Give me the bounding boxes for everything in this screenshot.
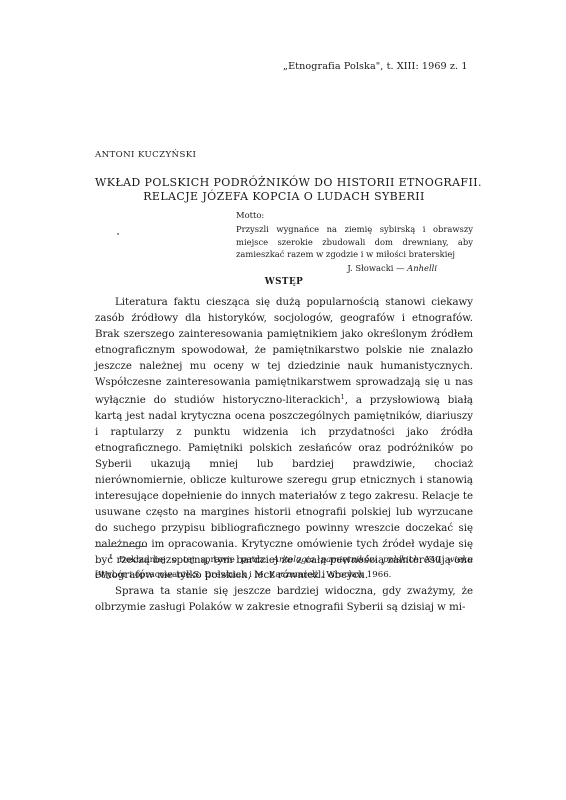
footnotes: 1 Dokładniej o tej sprawie patrz: Antolo… <box>95 551 473 583</box>
motto-block: Motto: Przyszli wygnańce na ziemię sybir… <box>236 209 473 274</box>
paragraph-1: Literatura faktu ciesząca się dużą popul… <box>95 295 473 584</box>
motto-attribution: J. Słowacki — Anhelli <box>236 262 473 274</box>
paragraph-1-part-a: Literatura faktu ciesząca się dużą popul… <box>95 297 473 406</box>
footnote-1: 1 Dokładniej o tej sprawie patrz: Antolo… <box>95 551 473 583</box>
title-line-1: WKŁAD POLSKICH PODRÓŻNIKÓW DO HISTORII E… <box>95 176 473 190</box>
scan-speck <box>117 233 119 235</box>
journal-reference: „Etnografia Polska", t. XIII: 1969 z. 1 <box>283 61 468 72</box>
paragraph-2: Sprawa ta stanie się jeszcze bardziej wi… <box>95 584 473 616</box>
motto-text: Przyszli wygnańce na ziemię sybirską i o… <box>236 223 473 260</box>
motto-label: Motto: <box>236 209 473 221</box>
motto-author: J. Słowacki — <box>347 263 407 273</box>
footnote-rule <box>95 546 147 547</box>
section-heading: WSTĘP <box>95 277 473 287</box>
article-title: WKŁAD POLSKICH PODRÓŻNIKÓW DO HISTORII E… <box>95 176 473 204</box>
author-name: ANTONI KUCZYŃSKI <box>95 150 196 160</box>
footnote-cited-title: Antologia pamiętników polskich XVI wieku <box>273 555 473 565</box>
motto-work: Anhelli <box>407 263 437 273</box>
footnote-text-after: [Wybór i opracowanie S. Drewniak i M. Ka… <box>95 570 391 580</box>
footnote-text-before: Dokładniej o tej sprawie patrz: <box>113 555 273 565</box>
title-line-2: RELACJE JÓZEFA KOPCIA O LUDACH SYBERII <box>95 190 473 204</box>
